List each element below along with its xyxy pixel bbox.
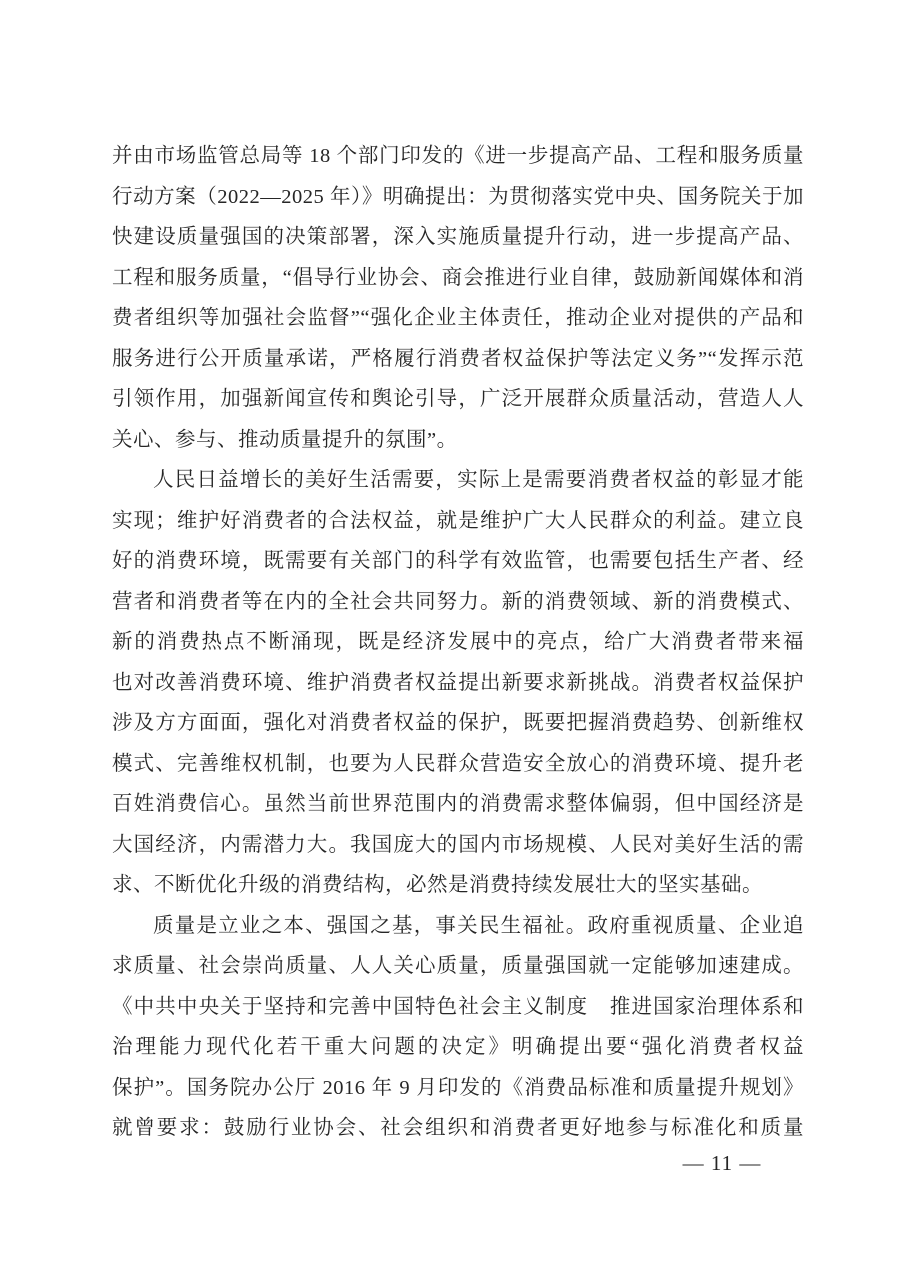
text-line: 求、不断优化升级的消费结构，必然是消费持续发展壮大的坚实基础。: [112, 865, 804, 906]
text-line: 质量是立业之本、强国之基，事关民生福祉。政府重视质量、企业追: [112, 906, 804, 947]
text-line: 关心、参与、推动质量提升的氛围”。: [112, 420, 804, 461]
text-line: 快建设质量强国的决策部署，深入实施质量提升行动，进一步提高产品、: [112, 217, 804, 258]
text-line: 费者组织等加强社会监督”“强化企业主体责任，推动企业对提供的产品和: [112, 298, 804, 339]
text-line: 好的消费环境，既需要有关部门的科学有效监管，也需要包括生产者、经: [112, 541, 804, 582]
text-line: 求质量、社会崇尚质量、人人关心质量，质量强国就一定能够加速建成。: [112, 946, 804, 987]
text-line: 就曾要求：鼓励行业协会、社会组织和消费者更好地参与标准化和质量: [112, 1108, 804, 1149]
text-line: 人民日益增长的美好生活需要，实际上是需要消费者权益的彰显才能: [112, 460, 804, 501]
text-line: 服务进行公开质量承诺，严格履行消费者权益保护等法定义务”“发挥示范: [112, 339, 804, 380]
text-line: 大国经济，内需潜力大。我国庞大的国内市场规模、人民对美好生活的需: [112, 825, 804, 866]
text-line: 工程和服务质量，“倡导行业协会、商会推进行业自律，鼓励新闻媒体和消: [112, 258, 804, 299]
text-line: 引领作用，加强新闻宣传和舆论引导，广泛开展群众质量活动，营造人人: [112, 379, 804, 420]
text-line: 模式、完善维权机制，也要为人民群众营造安全放心的消费环境、提升老: [112, 744, 804, 785]
text-line: 行动方案（2022—2025 年）》明确提出：为贯彻落实党中央、国务院关于加: [112, 177, 804, 218]
paragraph: 人民日益增长的美好生活需要，实际上是需要消费者权益的彰显才能 实现；维护好消费者…: [112, 460, 804, 906]
text-line: 涉及方方面面，强化对消费者权益的保护，既要把握消费趋势、创新维权: [112, 703, 804, 744]
paragraph: 质量是立业之本、强国之基，事关民生福祉。政府重视质量、企业追 求质量、社会崇尚质…: [112, 906, 804, 1149]
text-line: 保护”。国务院办公厅 2016 年 9 月印发的《消费品标准和质量提升规划》: [112, 1068, 804, 1109]
text-line: 并由市场监管总局等 18 个部门印发的《进一步提高产品、工程和服务质量: [112, 136, 804, 177]
text-line: 新的消费热点不断涌现，既是经济发展中的亮点，给广大消费者带来福音，: [112, 622, 804, 663]
text-line: 营者和消费者等在内的全社会共同努力。新的消费领域、新的消费模式、: [112, 582, 804, 623]
text-line: 治理能力现代化若干重大问题的决定》明确提出要“强化消费者权益: [112, 1027, 804, 1068]
body-text: 并由市场监管总局等 18 个部门印发的《进一步提高产品、工程和服务质量 行动方案…: [112, 136, 804, 1149]
text-line: 实现；维护好消费者的合法权益，就是维护广大人民群众的利益。建立良: [112, 501, 804, 542]
page-number: — 11 —: [660, 1146, 784, 1180]
paragraph: 并由市场监管总局等 18 个部门印发的《进一步提高产品、工程和服务质量 行动方案…: [112, 136, 804, 460]
text-line: 《中共中央关于坚持和完善中国特色社会主义制度 推进国家治理体系和: [112, 987, 804, 1028]
text-line: 也对改善消费环境、维护消费者权益提出新要求新挑战。消费者权益保护: [112, 663, 804, 704]
document-page: 并由市场监管总局等 18 个部门印发的《进一步提高产品、工程和服务质量 行动方案…: [0, 0, 900, 1273]
text-line: 百姓消费信心。虽然当前世界范围内的消费需求整体偏弱，但中国经济是: [112, 784, 804, 825]
